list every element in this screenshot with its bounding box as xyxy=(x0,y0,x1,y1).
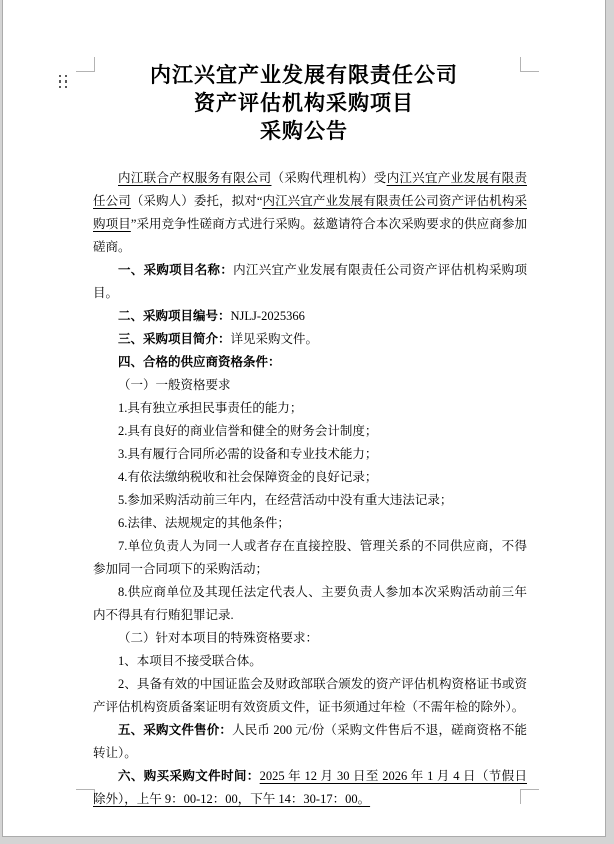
paragraph-text: ”采用竞争性磋商方式进行采购。兹邀请符合本次采购要求的供应商参加磋商。 xyxy=(93,217,527,254)
paragraph-18: 五、采购文件售价：人民币 200 元/份（采购文件售后不退，磋商资格不能转让）。 xyxy=(93,719,527,765)
paragraph-10: 4.有依法缴纳税收和社会保障资金的良好记录； xyxy=(93,466,527,489)
paragraph-4: 三、采购项目简介：详见采购文件。 xyxy=(93,328,527,351)
paragraph-15: （二）针对本项目的特殊资格要求： xyxy=(93,627,527,650)
paragraph-6: （一）一般资格要求 xyxy=(93,374,527,397)
paragraph-text: （采购代理机构）受 xyxy=(271,171,386,185)
paragraph-label: 二、采购项目编号： xyxy=(118,309,231,323)
paragraph-text: （一）一般资格要求 xyxy=(118,378,231,392)
title-line-2: 资产评估机构采购项目 xyxy=(3,89,605,117)
paragraph-16: 1、本项目不接受联合体。 xyxy=(93,650,527,673)
paragraph-text: 4.有依法缴纳税收和社会保障资金的良好记录； xyxy=(118,470,377,484)
paragraph-7: 1.具有独立承担民事责任的能力； xyxy=(93,397,527,420)
document-page: 内江兴宜产业发展有限责任公司 资产评估机构采购项目 采购公告 内江联合产权服务有… xyxy=(2,0,606,837)
paragraph-13: 7.单位负责人为同一人或者存在直接控股、管理关系的不同供应商，不得参加同一合同项… xyxy=(93,535,527,581)
underlined-text: 内江联合产权服务有限公司 xyxy=(118,171,271,185)
paragraph-9: 3.具有履行合同所必需的设备和专业技术能力； xyxy=(93,443,527,466)
paragraph-text: 6.法律、法规规定的其他条件； xyxy=(118,516,290,530)
paragraph-text: （二）针对本项目的特殊资格要求： xyxy=(118,631,318,645)
paragraph-label: 五、采购文件售价： xyxy=(118,723,232,737)
paragraph-text: 7.单位负责人为同一人或者存在直接控股、管理关系的不同供应商，不得参加同一合同项… xyxy=(93,539,527,576)
paragraph-8: 2.具有良好的商业信誉和健全的财务会计制度； xyxy=(93,420,527,443)
paragraph-text: 2.具有良好的商业信誉和健全的财务会计制度； xyxy=(118,424,377,438)
paragraph-3: 二、采购项目编号：NJLJ-2025366 xyxy=(93,305,527,328)
paragraph-label: 三、采购项目简介： xyxy=(118,332,231,346)
paragraph-text: 3.具有履行合同所必需的设备和专业技术能力； xyxy=(118,447,377,461)
paragraph-17: 2、具备有效的中国证监会及财政部联合颁发的资产评估机构资格证书或资产评估机构资质… xyxy=(93,673,527,719)
document-body: 内江联合产权服务有限公司（采购代理机构）受内江兴宜产业发展有限责任公司（采购人）… xyxy=(93,167,527,811)
paragraph-14: 8.供应商单位及其现任法定代表人、主要负责人参加本次采购活动前三年内不得具有行贿… xyxy=(93,581,527,627)
paragraph-label: 四、合格的供应商资格条件： xyxy=(118,355,281,369)
paragraph-5: 四、合格的供应商资格条件： xyxy=(93,351,527,374)
title-line-1: 内江兴宜产业发展有限责任公司 xyxy=(3,61,605,89)
paragraph-text: 详见采购文件。 xyxy=(231,332,319,346)
paragraph-2: 一、采购项目名称：内江兴宜产业发展有限责任公司资产评估机构采购项目。 xyxy=(93,259,527,305)
document-canvas: 内江兴宜产业发展有限责任公司 资产评估机构采购项目 采购公告 内江联合产权服务有… xyxy=(0,0,614,844)
paragraph-label: 六、购买采购文件时间： xyxy=(118,769,260,783)
paragraph-19: 六、购买采购文件时间：2025 年 12 月 30 日至 2026 年 1 月 … xyxy=(93,765,527,811)
paragraph-text: 1.具有独立承担民事责任的能力； xyxy=(118,401,302,415)
paragraph-label: 一、采购项目名称： xyxy=(118,263,233,277)
paragraph-text: （采购人）委托，拟对“ xyxy=(131,194,263,208)
paragraph-11: 5.参加采购活动前三年内，在经营活动中没有重大违法记录； xyxy=(93,489,527,512)
paragraph-1: 内江联合产权服务有限公司（采购代理机构）受内江兴宜产业发展有限责任公司（采购人）… xyxy=(93,167,527,259)
document-title: 内江兴宜产业发展有限责任公司 资产评估机构采购项目 采购公告 xyxy=(3,61,605,145)
paragraph-text: 1、本项目不接受联合体。 xyxy=(118,654,262,668)
paragraph-text: 5.参加采购活动前三年内，在经营活动中没有重大违法记录； xyxy=(118,493,452,507)
paragraph-12: 6.法律、法规规定的其他条件； xyxy=(93,512,527,535)
title-line-3: 采购公告 xyxy=(3,117,605,145)
paragraph-text: 2、具备有效的中国证监会及财政部联合颁发的资产评估机构资格证书或资产评估机构资质… xyxy=(93,677,527,714)
paragraph-text: 8.供应商单位及其现任法定代表人、主要负责人参加本次采购活动前三年内不得具有行贿… xyxy=(93,585,527,622)
paragraph-text: NJLJ-2025366 xyxy=(231,309,305,323)
